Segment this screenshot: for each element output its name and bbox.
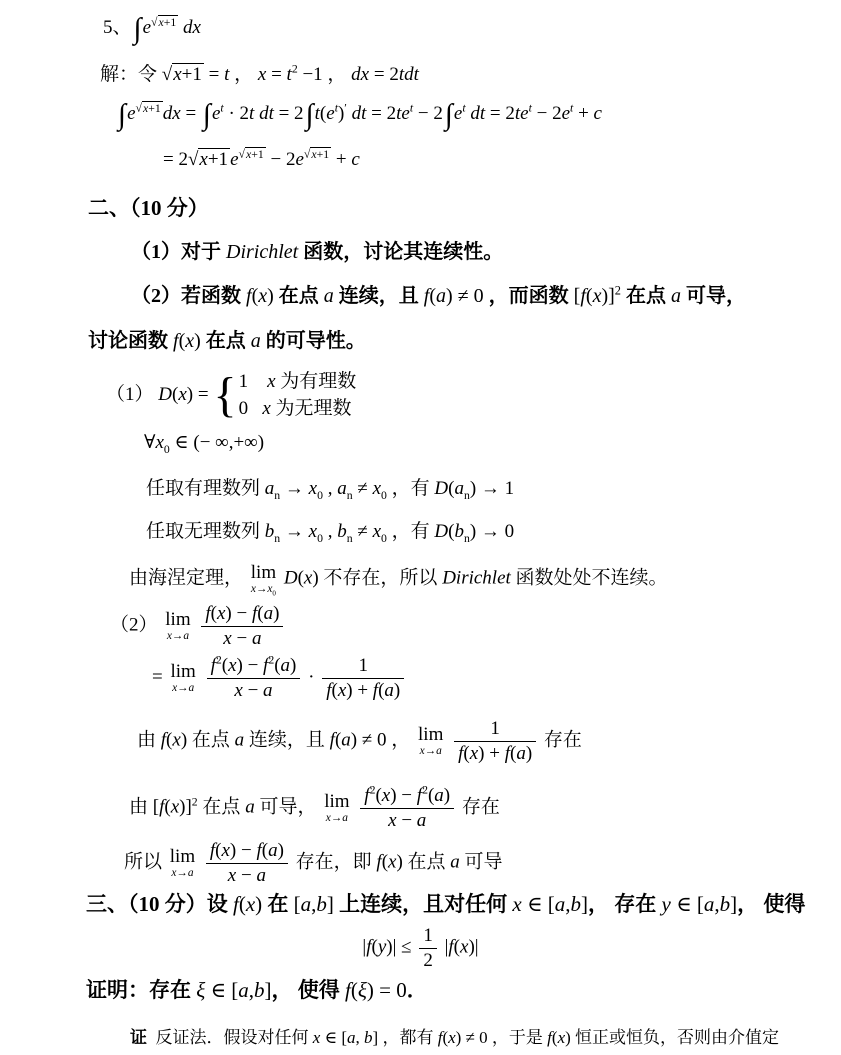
problem5-statement: 5、∫e√x+1 dx [103, 16, 201, 42]
irrational-sequence-line: 任取无理数列 bn → x0 , bn ≠ x0 ，有 D(bn) → 0 [146, 520, 514, 544]
section3-heading: 三、（10 分）设 f(x) 在 [a,b] 上连续，且对任何 x ∈ [a,b… [86, 891, 805, 917]
proof-statement: 证明：存在 ξ ∈ [a,b]， 使得 f(ξ) = 0． [86, 977, 428, 1003]
problem5-result: = 2√x+1e√x+1 − 2e√x+1 + c [163, 148, 360, 172]
part2-conclusion: 所以 limx→a f(x) − f(a)x − a 存在，即 f(x) 在点 … [124, 840, 503, 887]
section2-heading: 二、（10 分） [88, 195, 209, 221]
differentiability-argument: 由 [f(x)]2 在点 a 可导， limx→a f2(x) − f2(a)x… [129, 785, 500, 832]
forall-x0-line: ∀x0 ∈ (− ∞,+∞) [144, 431, 264, 455]
problem5-substitution: 解：令 √x+1 = t ， x = t2 −1 ， dx = 2tdt [100, 63, 419, 87]
q2-part1-prompt: （1）对于 Dirichlet 函数，讨论其连续性。 [131, 240, 503, 265]
document-page: 5、∫e√x+1 dx 解：令 √x+1 = t ， x = t2 −1 ， d… [0, 0, 841, 1055]
part2-limit-decomposition: = limx→a f2(x) − f2(a)x − a · 1f(x) + f(… [152, 655, 407, 702]
rational-sequence-line: 任取有理数列 an → x0 , an ≠ x0 ，有 D(an) → 1 [146, 477, 514, 501]
q2-part2-prompt-line2: 讨论函数 f(x) 在点 a 的可导性。 [88, 329, 366, 354]
proof-start-line: 证 反证法．假设对任何 x ∈ [a, b] ，都有 f(x) ≠ 0 ，于是 … [130, 1027, 779, 1048]
section3-inequality: |f(y)| ≤ 12 |f(x)| [0, 925, 841, 972]
problem5-integration-steps: ∫e√x+1dx = ∫et · 2t dt = 2∫t(et)′ dt = 2… [116, 102, 602, 128]
q2-part2-prompt-line1: （2）若函数 f(x) 在点 a 连续，且 f(a) ≠ 0 ，而函数 [f(x… [131, 284, 746, 309]
continuity-argument: 由 f(x) 在点 a 连续，且 f(a) ≠ 0 ， limx→a 1f(x)… [137, 718, 582, 765]
dirichlet-definition: （1） D(x) = {1 x 为有理数0 x 为无理数 [106, 369, 356, 422]
part2-limit-setup: （2） limx→a f(x) − f(a)x − a [110, 603, 286, 650]
heine-conclusion: 由海涅定理， limx→x0 D(x) 不存在，所以 Dirichlet 函数处… [129, 563, 668, 595]
